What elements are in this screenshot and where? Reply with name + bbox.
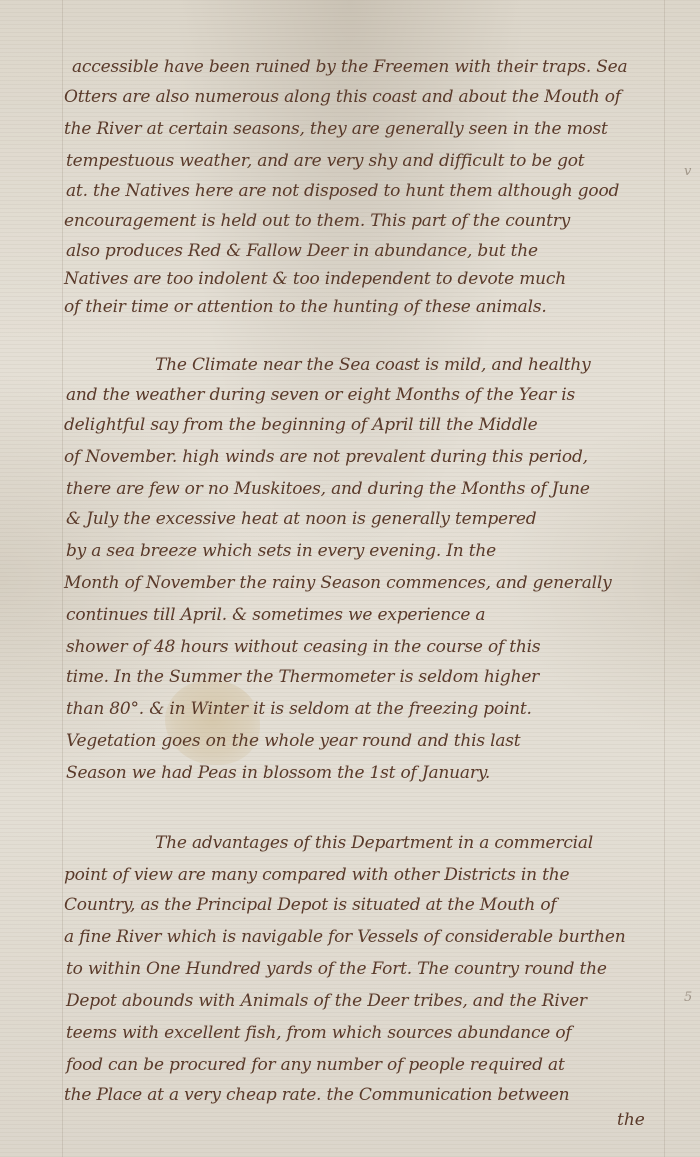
text-line: continues till April. & sometimes we exp… bbox=[66, 604, 485, 626]
text-line: Natives are too indolent & too independe… bbox=[64, 268, 566, 290]
text-line: point of view are many compared with oth… bbox=[64, 864, 569, 886]
text-line: Season we had Peas in blossom the 1st of… bbox=[66, 762, 490, 784]
text-line: there are few or no Muskitoes, and durin… bbox=[66, 478, 590, 500]
text-line: of their time or attention to the huntin… bbox=[64, 296, 547, 318]
text-line: Month of November the rainy Season comme… bbox=[64, 572, 612, 594]
water-stain bbox=[165, 680, 260, 765]
text-line: The Climate near the Sea coast is mild, … bbox=[155, 354, 591, 376]
text-line: food can be procured for any number of p… bbox=[66, 1054, 565, 1076]
text-line: Otters are also numerous along this coas… bbox=[64, 86, 621, 108]
left-margin-rule bbox=[62, 0, 63, 1157]
text-line: by a sea breeze which sets in every even… bbox=[66, 540, 496, 562]
text-line: a fine River which is navigable for Vess… bbox=[64, 926, 625, 948]
text-line: The advantages of this Department in a c… bbox=[155, 832, 593, 854]
text-line: than 80°. & in Winter it is seldom at th… bbox=[66, 698, 532, 720]
text-line: the River at certain seasons, they are g… bbox=[64, 118, 608, 140]
catchword: the bbox=[617, 1110, 645, 1130]
text-line: to within One Hundred yards of the Fort.… bbox=[66, 958, 607, 980]
text-line: of November. high winds are not prevalen… bbox=[64, 446, 588, 468]
text-line: delightful say from the beginning of Apr… bbox=[64, 414, 537, 436]
text-line: and the weather during seven or eight Mo… bbox=[66, 384, 575, 406]
text-line: & July the excessive heat at noon is gen… bbox=[66, 508, 536, 530]
text-line: the Place at a very cheap rate. the Comm… bbox=[64, 1084, 569, 1106]
text-line: Country, as the Principal Depot is situa… bbox=[64, 894, 557, 916]
margin-mark: 5 bbox=[684, 990, 692, 1005]
right-margin-rule bbox=[664, 0, 665, 1157]
text-line: tempestuous weather, and are very shy an… bbox=[66, 150, 584, 172]
text-line: accessible have been ruined by the Freem… bbox=[72, 56, 627, 78]
text-line: time. In the Summer the Thermometer is s… bbox=[66, 666, 539, 688]
manuscript-page: accessible have been ruined by the Freem… bbox=[0, 0, 700, 1157]
text-line: Depot abounds with Animals of the Deer t… bbox=[66, 990, 587, 1012]
text-line: Vegetation goes on the whole year round … bbox=[66, 730, 520, 752]
text-line: encouragement is held out to them. This … bbox=[64, 210, 570, 232]
text-line: at. the Natives here are not disposed to… bbox=[66, 180, 619, 202]
text-line: also produces Red & Fallow Deer in abund… bbox=[66, 240, 538, 262]
text-line: shower of 48 hours without ceasing in th… bbox=[66, 636, 540, 658]
margin-mark: v bbox=[684, 164, 691, 179]
text-line: teems with excellent fish, from which so… bbox=[66, 1022, 571, 1044]
